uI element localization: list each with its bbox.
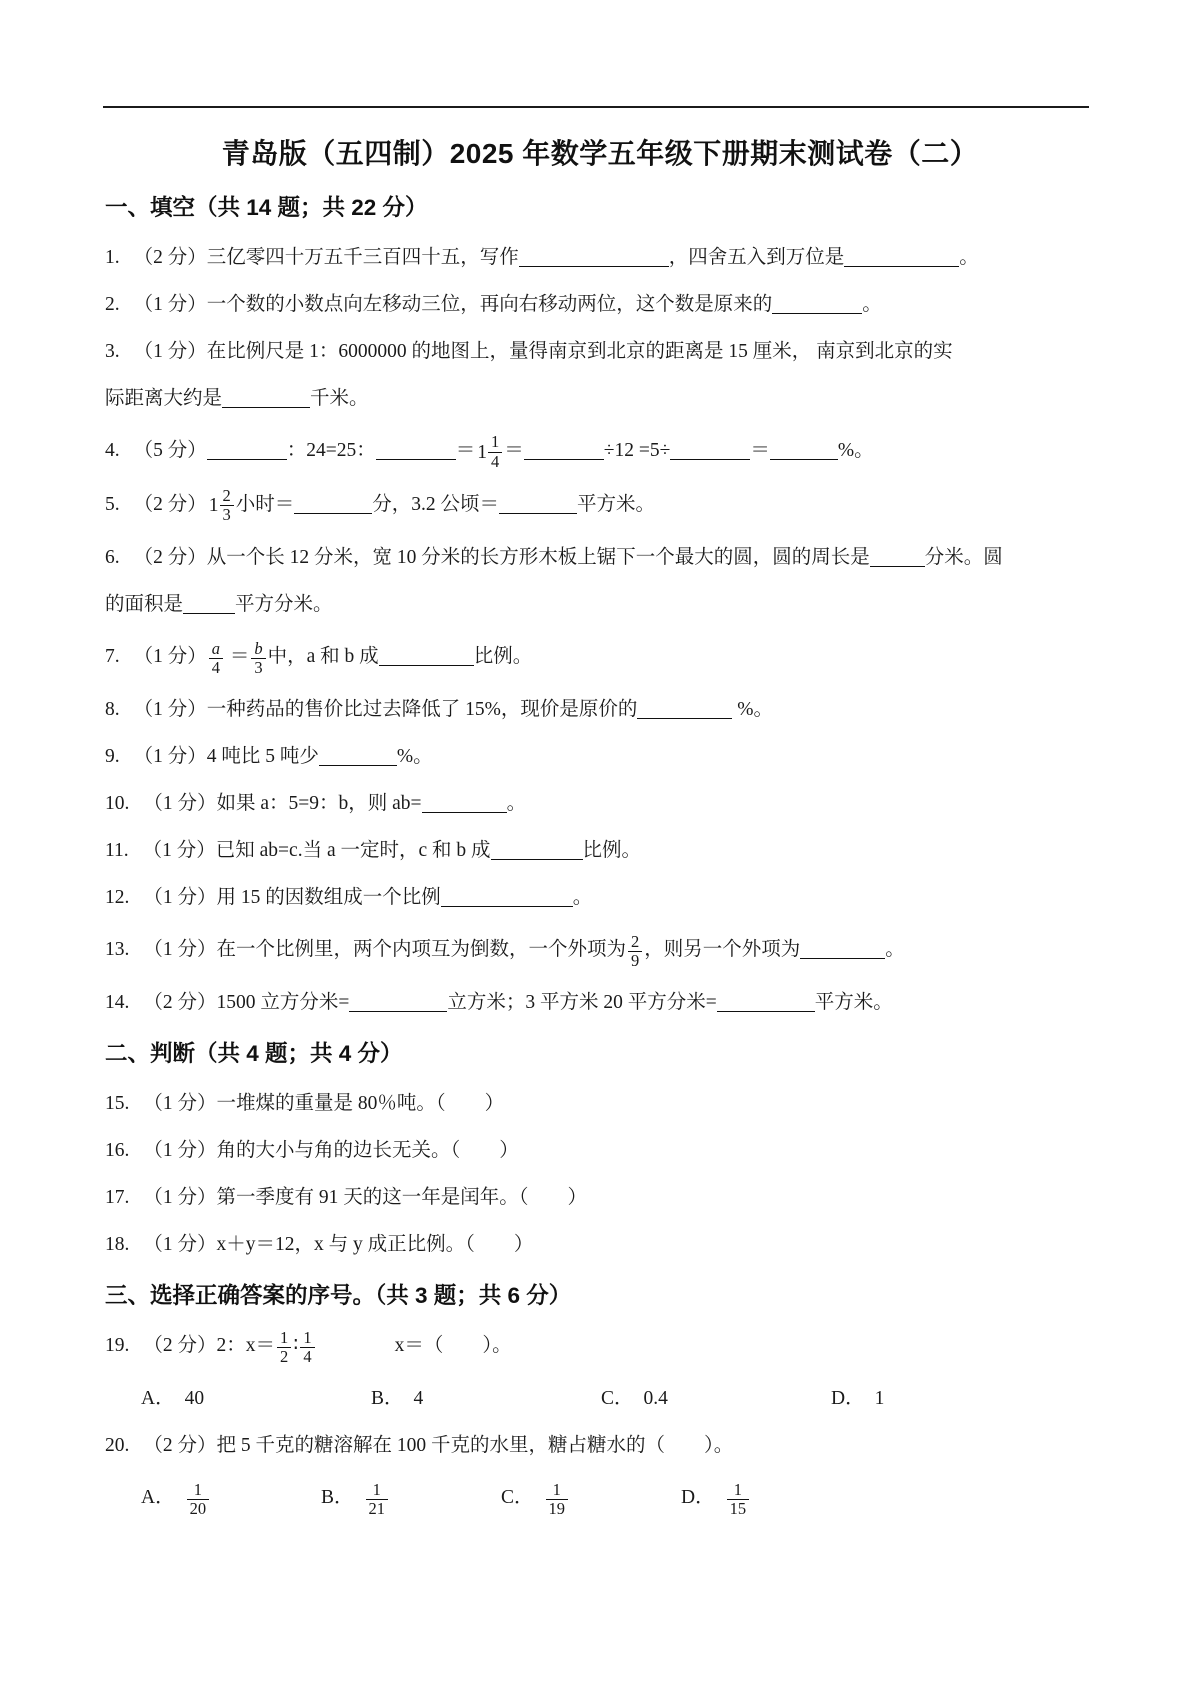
option: A．120 bbox=[141, 1474, 321, 1522]
fraction-numerator: 1 bbox=[488, 433, 502, 451]
text-segment: ＝ bbox=[750, 440, 770, 461]
question-number: 18. bbox=[105, 1221, 129, 1268]
blank-line bbox=[319, 746, 397, 767]
question-19-options: A．40B．4C．0.4D．1 bbox=[105, 1375, 1095, 1422]
question-number: 17. bbox=[105, 1174, 129, 1221]
question-number: 19. bbox=[105, 1322, 129, 1369]
text-segment: （1 分）在比例尺是 1：6000000 的地图上，量得南京到北京的距离是 15… bbox=[134, 341, 953, 362]
fraction-numerator: 1 bbox=[546, 1481, 569, 1499]
text-segment: 。 bbox=[862, 294, 882, 315]
text-segment: ÷12 =5÷ bbox=[604, 440, 671, 461]
fraction: 123 bbox=[209, 481, 234, 529]
fraction-numerator: 1 bbox=[300, 1329, 314, 1347]
fraction: a4 bbox=[209, 634, 223, 681]
text-segment: （2 分）从一个长 12 分米，宽 10 分米的长方形木板上锯下一个最大的圆，圆… bbox=[134, 547, 870, 568]
question-1: 1.（2 分）三亿零四十万五千三百四十五，写作，四舍五入到万位是。 bbox=[105, 234, 1095, 281]
text-segment: x＝（ ）。 bbox=[317, 1335, 512, 1356]
fraction-whole: 1 bbox=[477, 429, 487, 476]
fraction-denominator: 3 bbox=[251, 658, 265, 677]
question-number: 13. bbox=[105, 926, 129, 973]
question-18: 18.（1 分）x＋y＝12，x 与 y 成正比例。（ ） bbox=[105, 1221, 1095, 1268]
text-segment: （2 分）1500 立方分米= bbox=[143, 992, 349, 1013]
question-number: 15. bbox=[105, 1080, 129, 1127]
text-segment: 1 bbox=[875, 1388, 885, 1409]
text-segment: ∶ bbox=[293, 1335, 298, 1356]
fraction-whole: 1 bbox=[209, 482, 219, 529]
fraction-stack: 23 bbox=[220, 487, 234, 525]
blank-line bbox=[183, 594, 235, 615]
question-number: 8. bbox=[105, 686, 120, 733]
fraction-numerator: 1 bbox=[366, 1481, 389, 1499]
blank-line bbox=[717, 992, 815, 1013]
question-number: 7. bbox=[105, 633, 120, 680]
text-segment: 4 bbox=[414, 1388, 424, 1409]
question-19: 19.（2 分）2：x＝12∶14 x＝（ ）。 bbox=[105, 1322, 1095, 1370]
blank-line bbox=[844, 247, 959, 268]
fraction-denominator: 9 bbox=[628, 951, 642, 970]
text-segment: （5 分） bbox=[134, 440, 207, 461]
option-label: B． bbox=[321, 1487, 354, 1508]
text-segment: 中，a 和 b 成 bbox=[268, 646, 379, 667]
question-10: 10.（1 分）如果 a：5=9：b，则 ab=。 bbox=[105, 780, 1095, 827]
question-number: 4. bbox=[105, 427, 120, 474]
text-segment: %。 bbox=[397, 746, 433, 767]
question-3: 3.（1 分）在比例尺是 1：6000000 的地图上，量得南京到北京的距离是 … bbox=[105, 328, 1095, 422]
fraction-numerator: 1 bbox=[727, 1481, 750, 1499]
fraction-numerator: 2 bbox=[628, 933, 642, 951]
text-segment: 平方米。 bbox=[577, 494, 655, 515]
text-segment: 40 bbox=[185, 1388, 205, 1409]
option-label: C． bbox=[501, 1487, 534, 1508]
question-number: 6. bbox=[105, 534, 120, 581]
blank-line bbox=[222, 388, 310, 409]
exam-title: 青岛版（五四制）2025 年数学五年级下册期末测试卷（二） bbox=[105, 136, 1095, 172]
fraction-denominator: 15 bbox=[727, 1499, 750, 1518]
sections: 一、填空（共 14 题；共 22 分）1.（2 分）三亿零四十万五千三百四十五，… bbox=[105, 192, 1095, 1522]
question-4: 4.（5 分）：24=25：＝114＝÷12 =5÷＝%。 bbox=[105, 427, 1095, 476]
question-number: 16. bbox=[105, 1127, 129, 1174]
fraction-stack: 14 bbox=[300, 1329, 314, 1367]
text-segment: ，四舍五入到万位是 bbox=[669, 247, 845, 268]
blank-line bbox=[441, 887, 573, 908]
option: B．121 bbox=[321, 1474, 501, 1522]
exam-page: 青岛版（五四制）2025 年数学五年级下册期末测试卷（二） 一、填空（共 14 … bbox=[0, 0, 1191, 1684]
fraction-numerator: a bbox=[209, 640, 223, 658]
text-segment: （1 分）角的大小与角的边长无关。（ ） bbox=[143, 1140, 518, 1161]
blank-line bbox=[524, 440, 604, 461]
fraction: 14 bbox=[300, 1323, 314, 1370]
blank-line bbox=[422, 793, 507, 814]
text-segment: 际距离大约是 bbox=[105, 388, 222, 409]
question-20: 20.（2 分）把 5 千克的糖溶解在 100 千克的水里，糖占糖水的（ ）。 bbox=[105, 1422, 1095, 1469]
text-segment: （1 分）在一个比例里，两个内项互为倒数，一个外项为 bbox=[143, 939, 626, 960]
question-number: 11. bbox=[105, 827, 129, 874]
question-17: 17.（1 分）第一季度有 91 天的这一年是闰年。（ ） bbox=[105, 1174, 1095, 1221]
header-rule bbox=[103, 106, 1089, 108]
page-content: 青岛版（五四制）2025 年数学五年级下册期末测试卷（二） 一、填空（共 14 … bbox=[105, 106, 1095, 1527]
blank-line bbox=[637, 699, 732, 720]
blank-line bbox=[294, 493, 372, 514]
question-5: 5.（2 分）123小时＝分，3.2 公顷＝平方米。 bbox=[105, 481, 1095, 530]
fraction-stack: 120 bbox=[187, 1481, 210, 1519]
text-segment: 0.4 bbox=[644, 1388, 668, 1409]
fraction: b3 bbox=[251, 634, 265, 681]
question-2: 2.（1 分）一个数的小数点向左移动三位，再向右移动两位，这个数是原来的。 bbox=[105, 281, 1095, 328]
blank-line bbox=[207, 440, 287, 461]
text-segment: （1 分）第一季度有 91 天的这一年是闰年。（ ） bbox=[143, 1187, 587, 1208]
fraction-stack: 119 bbox=[546, 1481, 569, 1519]
fraction-stack: b3 bbox=[251, 640, 265, 678]
text-segment: （1 分）用 15 的因数组成一个比例 bbox=[143, 887, 440, 908]
text-segment: 比例。 bbox=[474, 646, 533, 667]
fraction-denominator: 3 bbox=[220, 505, 234, 524]
question-14: 14.（2 分）1500 立方分米=立方米；3 平方米 20 平方分米=平方米。 bbox=[105, 979, 1095, 1026]
question-6: 6.（2 分）从一个长 12 分米，宽 10 分米的长方形木板上锯下一个最大的圆… bbox=[105, 534, 1095, 628]
option-label: D． bbox=[681, 1487, 715, 1508]
blank-line bbox=[800, 939, 885, 960]
option-label: B． bbox=[371, 1388, 404, 1409]
option: A．40 bbox=[141, 1375, 371, 1422]
text-segment: ＝ bbox=[504, 440, 524, 461]
text-segment: （2 分）把 5 千克的糖溶解在 100 千克的水里，糖占糖水的（ ）。 bbox=[143, 1435, 733, 1456]
fraction-denominator: 4 bbox=[488, 452, 502, 471]
text-segment: 分米。圆 bbox=[925, 547, 1003, 568]
option: B．4 bbox=[371, 1375, 601, 1422]
question-number: 20. bbox=[105, 1422, 129, 1469]
text-segment: （1 分）4 吨比 5 吨少 bbox=[134, 746, 319, 767]
question-number: 9. bbox=[105, 733, 120, 780]
option-label: A． bbox=[141, 1487, 175, 1508]
option: C．119 bbox=[501, 1474, 681, 1522]
fraction: 12 bbox=[277, 1323, 291, 1370]
question-number: 5. bbox=[105, 481, 120, 528]
blank-line bbox=[379, 646, 474, 667]
question-16: 16.（1 分）角的大小与角的边长无关。（ ） bbox=[105, 1127, 1095, 1174]
text-segment: ：24=25： bbox=[287, 440, 376, 461]
question-7: 7.（1 分）a4 ＝b3中，a 和 b 成比例。 bbox=[105, 633, 1095, 681]
question-15: 15.（1 分）一堆煤的重量是 80％吨。（ ） bbox=[105, 1080, 1095, 1127]
fraction-stack: 121 bbox=[366, 1481, 389, 1519]
question-number: 14. bbox=[105, 979, 129, 1026]
text-segment: （1 分）一堆煤的重量是 80％吨。（ ） bbox=[143, 1093, 504, 1114]
fraction-denominator: 2 bbox=[277, 1347, 291, 1366]
blank-line bbox=[519, 247, 669, 268]
option-label: A． bbox=[141, 1388, 175, 1409]
text-segment: 小时＝ bbox=[236, 494, 295, 515]
option-label: C． bbox=[601, 1388, 634, 1409]
question-number: 2. bbox=[105, 281, 120, 328]
text-segment: %。 bbox=[732, 699, 773, 720]
fraction: 121 bbox=[366, 1475, 389, 1522]
blank-line bbox=[770, 440, 838, 461]
option: D．1 bbox=[831, 1375, 1061, 1422]
fraction: 114 bbox=[477, 428, 502, 476]
fraction-denominator: 4 bbox=[300, 1347, 314, 1366]
text-segment: 的面积是 bbox=[105, 594, 183, 615]
fraction: 120 bbox=[187, 1475, 210, 1522]
text-segment: （1 分）如果 a：5=9：b，则 ab= bbox=[143, 793, 421, 814]
text-segment: 平方米。 bbox=[815, 992, 893, 1013]
text-segment: （1 分）一个数的小数点向左移动三位，再向右移动两位，这个数是原来的 bbox=[134, 294, 773, 315]
text-segment: ＝ bbox=[225, 646, 249, 667]
question-20-options: A．120B．121C．119D．115 bbox=[105, 1474, 1095, 1522]
text-segment: %。 bbox=[838, 440, 874, 461]
blank-line bbox=[491, 840, 583, 861]
section-heading-1: 一、填空（共 14 题；共 22 分） bbox=[105, 192, 1095, 224]
section-heading-3: 三、选择正确答案的序号。（共 3 题；共 6 分） bbox=[105, 1280, 1095, 1312]
text-segment: 比例。 bbox=[583, 840, 642, 861]
text-segment: （2 分） bbox=[134, 494, 207, 515]
fraction-numerator: 1 bbox=[187, 1481, 210, 1499]
question-number: 3. bbox=[105, 328, 120, 375]
fraction: 119 bbox=[546, 1475, 569, 1522]
text-segment: 平方分米。 bbox=[235, 594, 333, 615]
section-heading-2: 二、判断（共 4 题；共 4 分） bbox=[105, 1038, 1095, 1070]
fraction: 29 bbox=[628, 927, 642, 974]
text-segment: 。 bbox=[885, 939, 905, 960]
text-segment: ＝ bbox=[456, 440, 476, 461]
fraction-stack: 115 bbox=[727, 1481, 750, 1519]
question-13: 13.（1 分）在一个比例里，两个内项互为倒数，一个外项为29，则另一个外项为。 bbox=[105, 926, 1095, 974]
fraction-stack: 14 bbox=[488, 433, 502, 471]
fraction-denominator: 4 bbox=[209, 658, 223, 677]
fraction-numerator: 1 bbox=[277, 1329, 291, 1347]
text-segment: 分，3.2 公顷＝ bbox=[372, 494, 499, 515]
fraction-denominator: 20 bbox=[187, 1499, 210, 1518]
question-9: 9.（1 分）4 吨比 5 吨少%。 bbox=[105, 733, 1095, 780]
option-label: D． bbox=[831, 1388, 865, 1409]
fraction: 115 bbox=[727, 1475, 750, 1522]
text-segment: 千米。 bbox=[310, 388, 369, 409]
fraction-stack: 12 bbox=[277, 1329, 291, 1367]
text-segment: ，则另一个外项为 bbox=[644, 939, 800, 960]
blank-line bbox=[376, 440, 456, 461]
fraction-numerator: 2 bbox=[220, 487, 234, 505]
text-segment: （1 分） bbox=[134, 646, 207, 667]
fraction-denominator: 21 bbox=[366, 1499, 389, 1518]
blank-line bbox=[772, 294, 862, 315]
blank-line bbox=[499, 493, 577, 514]
text-segment: （1 分）x＋y＝12，x 与 y 成正比例。（ ） bbox=[143, 1234, 533, 1255]
text-segment: 立方米；3 平方米 20 平方分米= bbox=[447, 992, 716, 1013]
question-12: 12.（1 分）用 15 的因数组成一个比例。 bbox=[105, 874, 1095, 921]
question-number: 12. bbox=[105, 874, 129, 921]
text-segment: 。 bbox=[507, 793, 527, 814]
blank-line bbox=[670, 440, 750, 461]
text-segment: （2 分）三亿零四十万五千三百四十五，写作 bbox=[134, 247, 519, 268]
fraction-numerator: b bbox=[251, 640, 265, 658]
fraction-stack: a4 bbox=[209, 640, 223, 678]
fraction-stack: 29 bbox=[628, 933, 642, 971]
text-segment: 。 bbox=[959, 247, 979, 268]
text-segment: （2 分）2：x＝ bbox=[143, 1335, 275, 1356]
blank-line bbox=[870, 547, 925, 568]
text-segment: （1 分）一种药品的售价比过去降低了 15%，现价是原价的 bbox=[134, 699, 638, 720]
fraction-denominator: 19 bbox=[546, 1499, 569, 1518]
question-number: 10. bbox=[105, 780, 129, 827]
question-number: 1. bbox=[105, 234, 120, 281]
option: C．0.4 bbox=[601, 1375, 831, 1422]
blank-line bbox=[349, 992, 447, 1013]
question-8: 8.（1 分）一种药品的售价比过去降低了 15%，现价是原价的 %。 bbox=[105, 686, 1095, 733]
question-11: 11.（1 分）已知 ab=c.当 a 一定时，c 和 b 成比例。 bbox=[105, 827, 1095, 874]
text-segment: 。 bbox=[573, 887, 593, 908]
text-segment: （1 分）已知 ab=c.当 a 一定时，c 和 b 成 bbox=[143, 840, 491, 861]
option: D．115 bbox=[681, 1474, 861, 1522]
